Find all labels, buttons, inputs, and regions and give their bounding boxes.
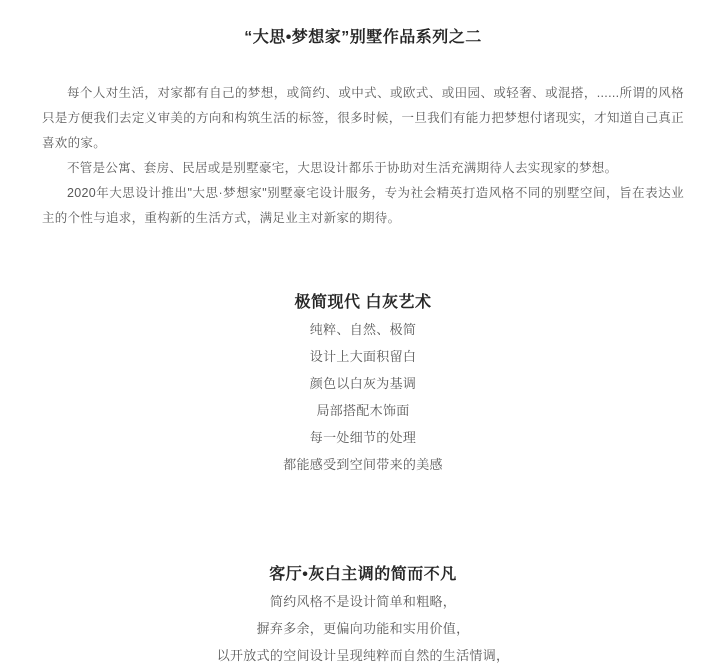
section-line: 简约风格不是设计简单和粗略，: [42, 588, 684, 615]
section-line: 纯粹、自然、极简: [42, 316, 684, 343]
section-living-room-heading: 客厅•灰白主调的简而不凡: [42, 561, 684, 588]
section-minimal-modern-heading: 极简现代 白灰艺术: [42, 289, 684, 316]
section-line: 设计上大面积留白: [42, 343, 684, 370]
section-line: 摒弃多余，更偏向功能和实用价值，: [42, 615, 684, 642]
page-title: “大思•梦想家”别墅作品系列之二: [42, 28, 684, 47]
intro-paragraphs: 每个人对生活，对家都有自己的梦想，或简约、或中式、或欧式、或田园、或轻奢、或混搭…: [42, 81, 684, 231]
section-living-room: 客厅•灰白主调的简而不凡 简约风格不是设计简单和粗略， 摒弃多余，更偏向功能和实…: [42, 561, 684, 669]
intro-paragraph-2: 不管是公寓、套房、民居或是别墅豪宅，大思设计都乐于协助对生活充满期待人去实现家的…: [42, 156, 684, 181]
section-line: 局部搭配木饰面: [42, 397, 684, 424]
intro-paragraph-1: 每个人对生活，对家都有自己的梦想，或简约、或中式、或欧式、或田园、或轻奢、或混搭…: [42, 81, 684, 156]
article-page: “大思•梦想家”别墅作品系列之二 每个人对生活，对家都有自己的梦想，或简约、或中…: [0, 0, 726, 669]
article-body: “大思•梦想家”别墅作品系列之二 每个人对生活，对家都有自己的梦想，或简约、或中…: [0, 28, 726, 669]
section-line: 都能感受到空间带来的美感: [42, 451, 684, 478]
section-line: 以开放式的空间设计呈现纯粹而自然的生活情调，: [42, 642, 684, 669]
section-line: 每一处细节的处理: [42, 424, 684, 451]
intro-paragraph-3: 2020年大思设计推出"大思·梦想家"别墅豪宅设计服务，专为社会精英打造风格不同…: [42, 181, 684, 231]
section-line: 颜色以白灰为基调: [42, 370, 684, 397]
section-minimal-modern: 极简现代 白灰艺术 纯粹、自然、极简 设计上大面积留白 颜色以白灰为基调 局部搭…: [42, 289, 684, 478]
